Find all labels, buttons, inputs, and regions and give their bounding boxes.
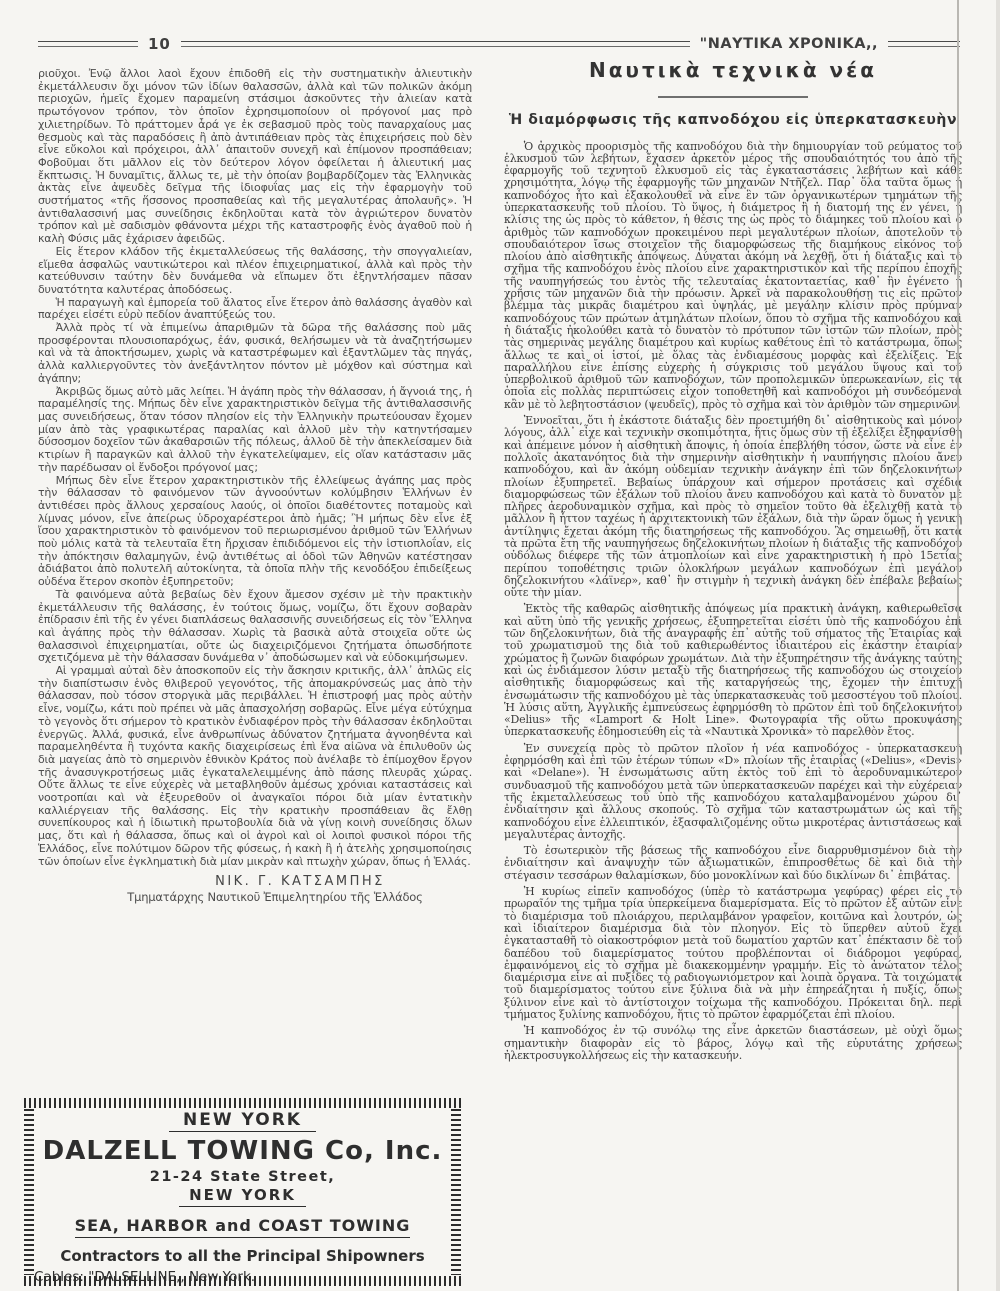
author-name: ΝΙΚ. Γ. ΚΑΤΣΑΜΠΗΣ: [128, 876, 472, 889]
left-paragraph: Ἀκριβῶς ὅμως αὐτὸ μᾶς λείπει. Ἡ ἀγάπη πρ…: [38, 386, 472, 475]
ad-border-left: [24, 1109, 34, 1275]
right-paragraph: Ὁ ἀρχικὸς προορισμὸς τῆς καπνοδόχου διὰ …: [504, 141, 962, 412]
header-rule-left: [38, 41, 138, 47]
ad-border-right: [451, 1109, 461, 1275]
left-paragraph: Ἀλλὰ πρὸς τί νὰ ἐπιμείνω ἀπαριθμῶν τὰ δῶ…: [38, 322, 472, 386]
left-paragraph: ριοῦχοι. Ἐνῷ ἄλλοι λαοὶ ἔχουν ἐπιδοθῆ εἰ…: [38, 68, 472, 246]
right-paragraph: Τὸ ἐσωτερικὸν τῆς βάσεως τῆς καπνοδόχου …: [504, 845, 962, 882]
section-title: Ναυτικὰ τεχνικὰ νέα: [504, 58, 962, 82]
author-title: Τμηματάρχης Ναυτικοῦ Ἐπιμελητηρίου τῆς Ἑ…: [78, 891, 472, 904]
dalzell-towing-ad: NEW YORK DALZELL TOWING Co, Inc. 21-24 S…: [24, 1098, 461, 1286]
ad-city-bottom: NEW YORK: [179, 1186, 306, 1207]
ad-cables-line: Cables: "DALSELLINE,, New York.: [34, 1269, 447, 1285]
ad-border-top: [24, 1098, 461, 1108]
ad-content: NEW YORK DALZELL TOWING Co, Inc. 21-24 S…: [38, 1110, 447, 1274]
right-article: Ναυτικὰ τεχνικὰ νέα Ἡ διαμόρφωσις τῆς κα…: [504, 58, 962, 1278]
right-paragraph: Ἐκτὸς τῆς καθαρῶς αἰσθητικῆς ἀπόψεως μία…: [504, 603, 962, 738]
magazine-page: 10 "ΝΑΥΤΙΚΑ ΧΡΟΝΙΚΑ,, ριοῦχοι. Ἐνῷ ἄλλοι…: [0, 0, 1000, 1291]
header-rule-right: [888, 41, 960, 47]
page-header: 10 "ΝΑΥΤΙΚΑ ΧΡΟΝΙΚΑ,,: [38, 36, 960, 52]
left-paragraph: Ἡ παραγωγὴ καὶ ἐμπορεία τοῦ ἄλατος εἶνε …: [38, 297, 472, 322]
ad-services-line: SEA, HARBOR and COAST TOWING: [75, 1216, 411, 1238]
left-paragraph: Εἰς ἕτερον κλάδον τῆς ἐκμεταλλεύσεως τῆς…: [38, 246, 472, 297]
section-title-rule: [658, 96, 808, 98]
magazine-title: "ΝΑΥΤΙΚΑ ΧΡΟΝΙΚΑ,,: [700, 36, 878, 52]
ad-city-top: NEW YORK: [169, 1110, 316, 1132]
left-article: ριοῦχοι. Ἐνῷ ἄλλοι λαοὶ ἔχουν ἐπιδοθῆ εἰ…: [38, 68, 472, 904]
header-rule-middle: [181, 41, 690, 47]
page-edge-shade: [996, 0, 1000, 1291]
left-paragraph: Μήπως δὲν εἶνε ἕτερον χαρακτηριστικὸν τῆ…: [38, 475, 472, 589]
right-paragraph: Ἡ κυρίως εἰπεῖν καπνοδόχος (ὑπὲρ τὸ κατά…: [504, 886, 962, 1021]
page-number: 10: [148, 35, 171, 53]
ad-tagline: Contractors to all the Principal Shipown…: [38, 1247, 447, 1265]
left-paragraph: Τὰ φαινόμενα αὐτὰ βεβαίως δὲν ἔχουν ἄμεσ…: [38, 589, 472, 665]
article-title: Ἡ διαμόρφωσις τῆς καπνοδόχου εἰς ὑπερκατ…: [504, 112, 962, 128]
author-signature: ΝΙΚ. Γ. ΚΑΤΣΑΜΠΗΣ Τμηματάρχης Ναυτικοῦ Ἐ…: [38, 876, 472, 903]
article-body: Ὁ ἀρχικὸς προορισμὸς τῆς καπνοδόχου διὰ …: [504, 141, 962, 1063]
right-paragraph: Ἐννοεῖται, ὅτι ἡ ἑκάστοτε διάταξις δὲν π…: [504, 415, 962, 599]
page-edge-line: [957, 0, 959, 1291]
right-paragraph: Ἐν συνεχείᾳ πρὸς τὸ πρῶτον πλοῖον ἡ νέα …: [504, 743, 962, 841]
ad-street-address: 21-24 State Street,: [38, 1169, 447, 1185]
ad-company-name: DALZELL TOWING Co, Inc.: [38, 1136, 447, 1166]
left-paragraph: Αἱ γραμμαὶ αὐταὶ δὲν ἀποσκοποῦν εἰς τὴν …: [38, 665, 472, 868]
right-paragraph: Ἡ καπνοδόχος ἐν τῷ συνόλῳ της εἶνε ἀρκετ…: [504, 1025, 962, 1062]
